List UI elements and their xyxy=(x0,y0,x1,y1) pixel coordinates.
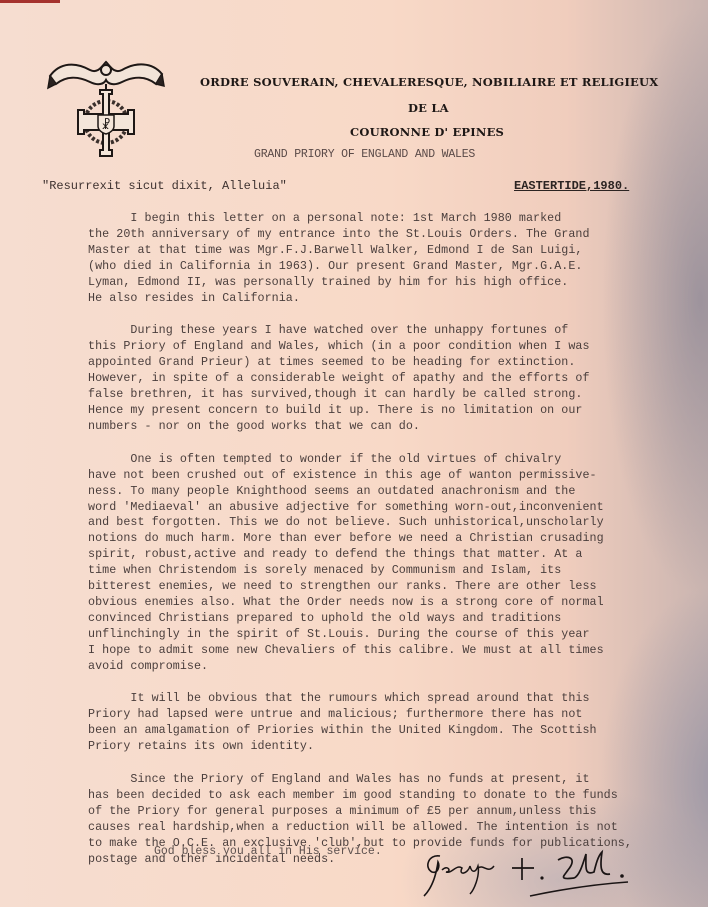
letter-line: word 'Mediaeval' an abusive adjective fo… xyxy=(88,500,708,516)
signature: George +. Zell. xyxy=(418,846,708,901)
letter-page: ☧ ORDRE SOUVERAIN, CHEVALERESQUE, NOBILI… xyxy=(0,0,708,907)
letterhead-couronne: COURONNE D' EPINES xyxy=(350,125,550,139)
letter-line: Priory had lapsed were untrue and malici… xyxy=(88,707,708,723)
letter-body: I begin this letter on a personal note: … xyxy=(88,211,708,885)
letter-line: have not been crushed out of existence i… xyxy=(88,468,708,484)
letter-line: It will be obvious that the rumours whic… xyxy=(88,691,708,707)
letter-paragraph: It will be obvious that the rumours whic… xyxy=(88,691,708,755)
letter-line: However, in spite of a considerable weig… xyxy=(88,371,708,387)
closing-line: God bless you all in His service. xyxy=(154,845,382,858)
letter-line: He also resides in California. xyxy=(88,291,708,307)
letter-line: this Priory of England and Wales, which … xyxy=(88,339,708,355)
letter-line: appointed Grand Prieur) at times seemed … xyxy=(88,355,708,371)
cross-emblem-icon: ☧ xyxy=(46,54,166,158)
letter-line: avoid compromise. xyxy=(88,659,708,675)
letter-line: (who died in California in 1963). Our pr… xyxy=(88,259,708,275)
svg-text:☧: ☧ xyxy=(101,118,110,132)
letter-line: has been decided to ask each member im g… xyxy=(88,788,708,804)
letter-line: of the Priory for general purposes a min… xyxy=(88,804,708,820)
letter-line: ness. To many people Knighthood seems an… xyxy=(88,484,708,500)
letterhead-de-la: DE LA xyxy=(408,101,488,115)
letter-line: and best forgotten. This we do not belie… xyxy=(88,515,708,531)
letter-line: time when Christendom is sorely menaced … xyxy=(88,563,708,579)
letter-line: During these years I have watched over t… xyxy=(88,323,708,339)
letter-line: been an amalgamation of Priories within … xyxy=(88,723,708,739)
letter-line: Hence my present concern to build it up.… xyxy=(88,403,708,419)
letter-line: convinced Christians prepared to uphold … xyxy=(88,611,708,627)
letter-line: Since the Priory of England and Wales ha… xyxy=(88,772,708,788)
letter-line: Master at that time was Mgr.F.J.Barwell … xyxy=(88,243,708,259)
letter-date: EASTERTIDE,1980. xyxy=(514,179,629,193)
letter-line: spirit, robust,active and ready to defen… xyxy=(88,547,708,563)
letter-line: causes real hardship,when a reduction wi… xyxy=(88,820,708,836)
letter-line: obvious enemies also. What the Order nee… xyxy=(88,595,708,611)
motto: "Resurrexit sicut dixit, Alleluia" xyxy=(42,179,287,193)
letter-line: Lyman, Edmond II, was personally trained… xyxy=(88,275,708,291)
letter-paragraph: I begin this letter on a personal note: … xyxy=(88,211,708,306)
letter-line: numbers - nor on the good works that we … xyxy=(88,419,708,435)
letter-line: One is often tempted to wonder if the ol… xyxy=(88,452,708,468)
letter-line: false brethren, it has survived,though i… xyxy=(88,387,708,403)
letter-line: I hope to admit some new Chevaliers of t… xyxy=(88,643,708,659)
letter-line: the 20th anniversary of my entrance into… xyxy=(88,227,708,243)
letter-line: I begin this letter on a personal note: … xyxy=(88,211,708,227)
letterhead-grand-priory: GRAND PRIORY OF ENGLAND AND WALES xyxy=(254,148,554,161)
letter-line: Priory retains its own identity. xyxy=(88,739,708,755)
letterhead-order-name: ORDRE SOUVERAIN, CHEVALERESQUE, NOBILIAI… xyxy=(200,75,660,89)
letter-paragraph: One is often tempted to wonder if the ol… xyxy=(88,452,708,675)
letter-line: unflinchingly in the spirit of St.Louis.… xyxy=(88,627,708,643)
letter-line: notions do much harm. More than ever bef… xyxy=(88,531,708,547)
letter-paragraph: During these years I have watched over t… xyxy=(88,323,708,434)
page-edge-strip xyxy=(0,0,60,3)
letter-line: bitterest enemies, we need to strengthen… xyxy=(88,579,708,595)
